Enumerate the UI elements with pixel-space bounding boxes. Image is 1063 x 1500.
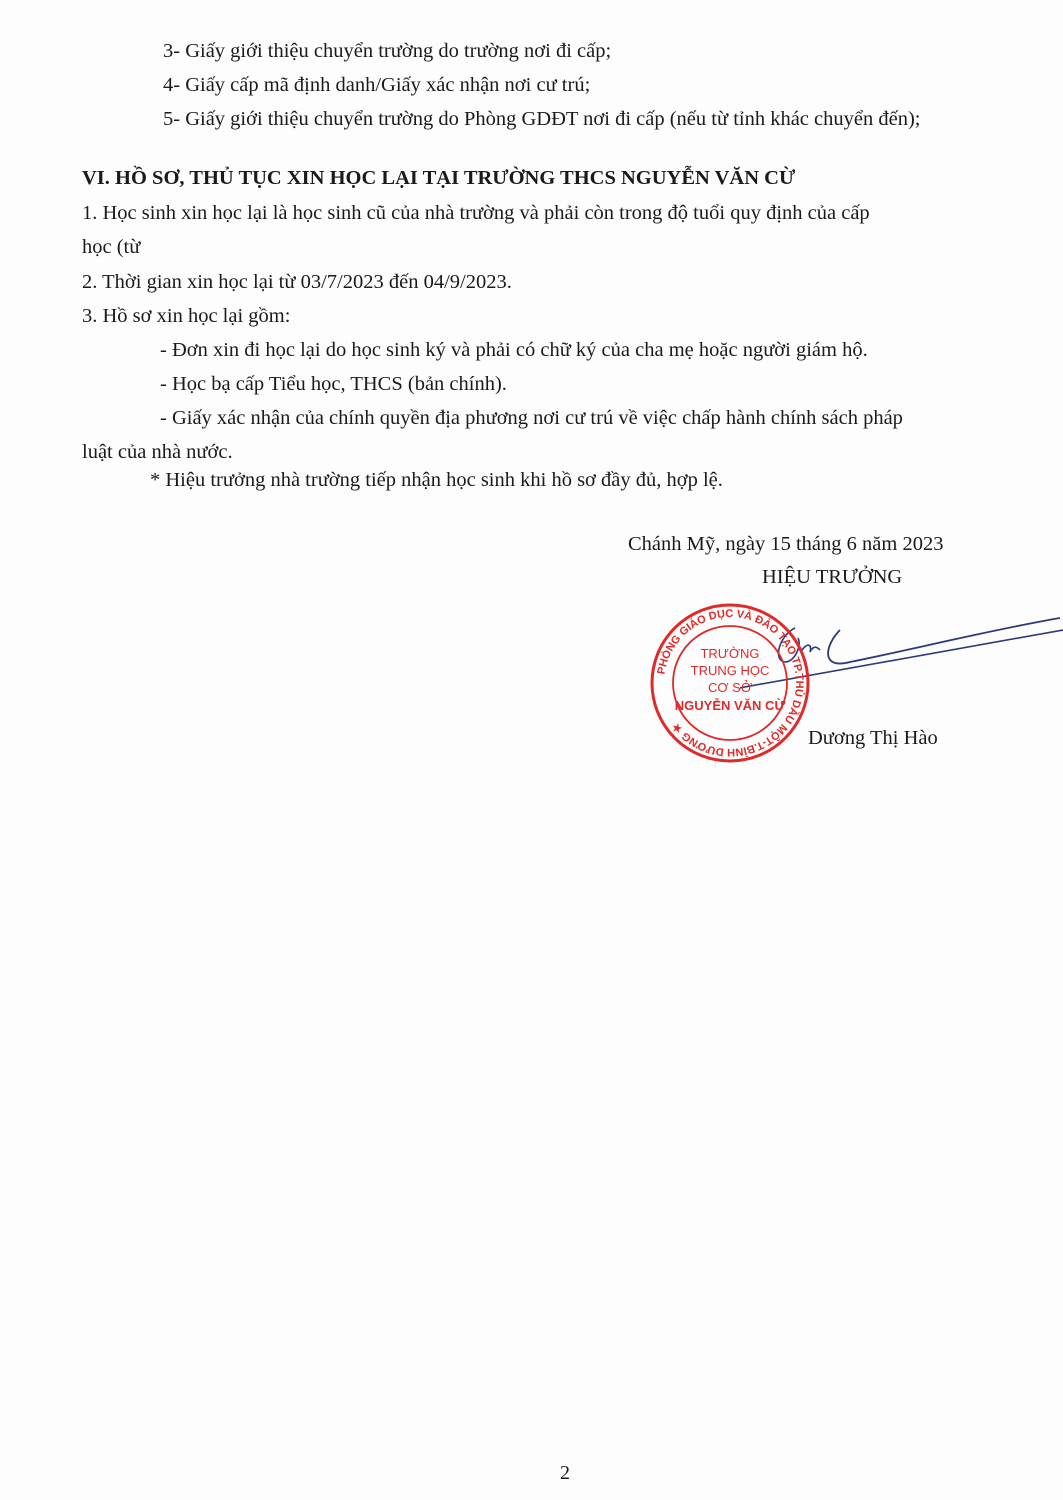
document-page: 3- Giấy giới thiệu chuyển trường do trườ… [0, 0, 1063, 1500]
list-item-5: 5- Giấy giới thiệu chuyển trường do Phòn… [163, 105, 920, 133]
section-vi-item-1: 1. Học sinh xin học lại là học sinh cũ c… [82, 199, 870, 227]
place-date: Chánh Mỹ, ngày 15 tháng 6 năm 2023 [628, 530, 943, 558]
principal-note: * Hiệu trưởng nhà trường tiếp nhận học s… [150, 466, 723, 494]
page-number: 2 [560, 1462, 570, 1485]
sub-item-application: - Đơn xin đi học lại do học sinh ký và p… [160, 336, 868, 364]
section-vi-item-2: 2. Thời gian xin học lại từ 03/7/2023 đế… [82, 268, 512, 296]
list-item-3: 3- Giấy giới thiệu chuyển trường do trườ… [163, 37, 611, 65]
svg-text:CƠ SỞ: CƠ SỞ [708, 680, 752, 695]
signer-name: Dương Thị Hào [808, 724, 938, 752]
sub-item-confirmation-cont: luật của nhà nước. [82, 438, 233, 466]
sub-item-confirmation: - Giấy xác nhận của chính quyền địa phươ… [160, 404, 903, 432]
svg-text:TRUNG HỌC: TRUNG HỌC [691, 663, 770, 678]
sub-item-transcript: - Học bạ cấp Tiểu học, THCS (bản chính). [160, 370, 507, 398]
svg-text:TRƯỜNG: TRƯỜNG [700, 646, 759, 661]
section-vi-item-1-cont: học (từ [82, 233, 140, 261]
section-heading-vi: VI. HỒ SƠ, THỦ TỤC XIN HỌC LẠI TẠI TRƯỜN… [82, 164, 795, 192]
list-item-4: 4- Giấy cấp mã định danh/Giấy xác nhận n… [163, 71, 590, 99]
svg-text:NGUYỄN VĂN CỪ: NGUYỄN VĂN CỪ [675, 698, 786, 713]
section-vi-item-3: 3. Hồ sơ xin học lại gồm: [82, 302, 290, 330]
signer-title: HIỆU TRƯỞNG [762, 563, 902, 591]
school-stamp-icon: PHÒNG GIÁO DỤC VÀ ĐÀO TẠO TP.THỦ DẦU MỘT… [645, 603, 815, 763]
